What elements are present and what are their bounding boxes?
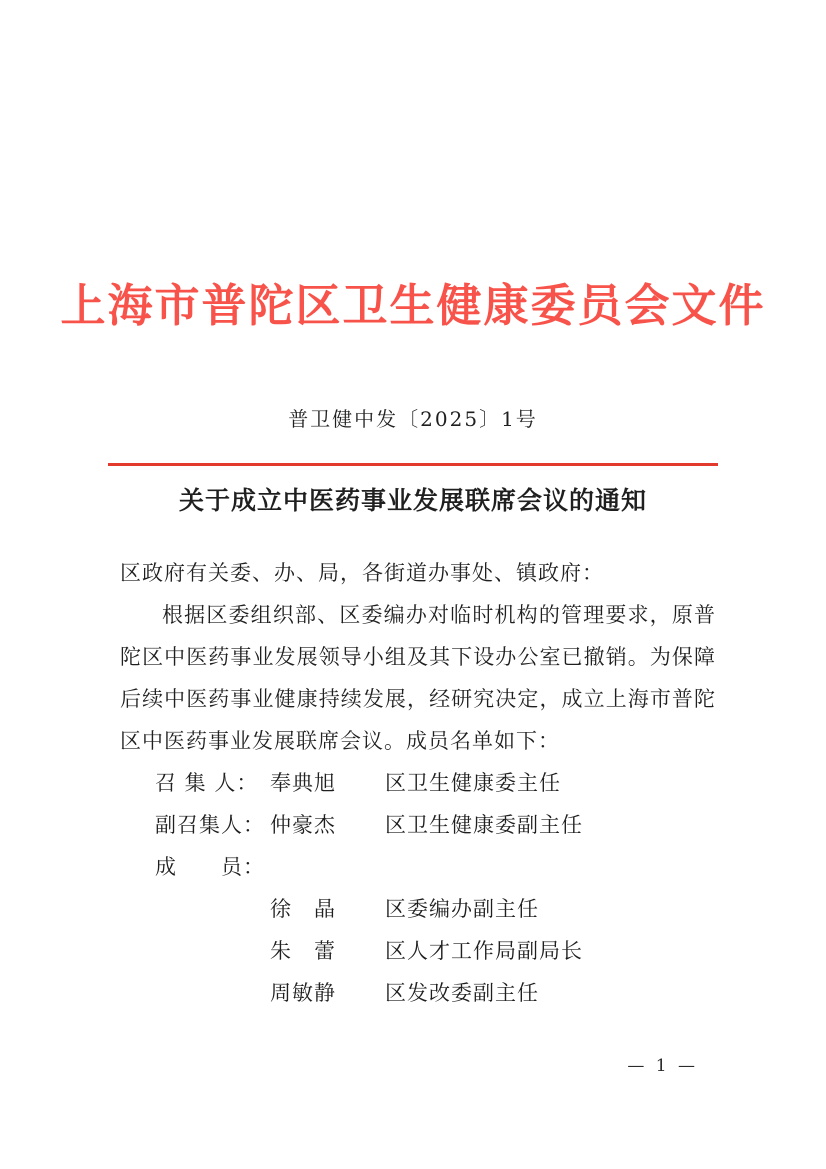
salutation: 区政府有关委、办、局，各街道办事处、镇政府： [120, 552, 716, 594]
roster-role: 副召集人： [155, 804, 270, 846]
document-subject-title: 关于成立中医药事业发展联席会议的通知 [0, 483, 826, 519]
roster-name [270, 846, 385, 888]
member-name: 朱 蕾 [270, 930, 385, 972]
roster-row-deputy-convener: 副召集人： 仲豪杰 区卫生健康委副主任 [120, 804, 716, 846]
body-paragraph: 根据区委组织部、区委编办对临时机构的管理要求，原普陀区中医药事业发展领导小组及其… [120, 594, 716, 762]
agency-header-title: 上海市普陀区卫生健康委员会文件 [0, 281, 826, 331]
document-page: 上海市普陀区卫生健康委员会文件 普卫健中发〔2025〕1号 关于成立中医药事业发… [0, 0, 826, 1169]
roster-row-convener: 召 集 人： 奉典旭 区卫生健康委主任 [120, 762, 716, 804]
page-number: — 1 — [627, 1054, 698, 1078]
roster-role: 成 员： [155, 846, 270, 888]
roster-title: 区卫生健康委副主任 [385, 804, 583, 846]
member-title: 区委编办副主任 [385, 888, 539, 930]
member-row: 周敏静 区发改委副主任 [120, 972, 716, 1014]
member-name: 徐 晶 [270, 888, 385, 930]
roster-name: 仲豪杰 [270, 804, 385, 846]
document-body: 区政府有关委、办、局，各街道办事处、镇政府： 根据区委组织部、区委编办对临时机构… [120, 552, 716, 1014]
roster-row-members-label: 成 员： [120, 846, 716, 888]
roster-name: 奉典旭 [270, 762, 385, 804]
roster-role: 召 集 人： [155, 762, 270, 804]
member-row: 朱 蕾 区人才工作局副局长 [120, 930, 716, 972]
doc-number: 普卫健中发〔2025〕1号 [0, 404, 826, 434]
member-title: 区人才工作局副局长 [385, 930, 583, 972]
member-title: 区发改委副主任 [385, 972, 539, 1014]
red-separator-line [108, 463, 718, 466]
member-row: 徐 晶 区委编办副主任 [120, 888, 716, 930]
member-name: 周敏静 [270, 972, 385, 1014]
roster-title: 区卫生健康委主任 [385, 762, 561, 804]
